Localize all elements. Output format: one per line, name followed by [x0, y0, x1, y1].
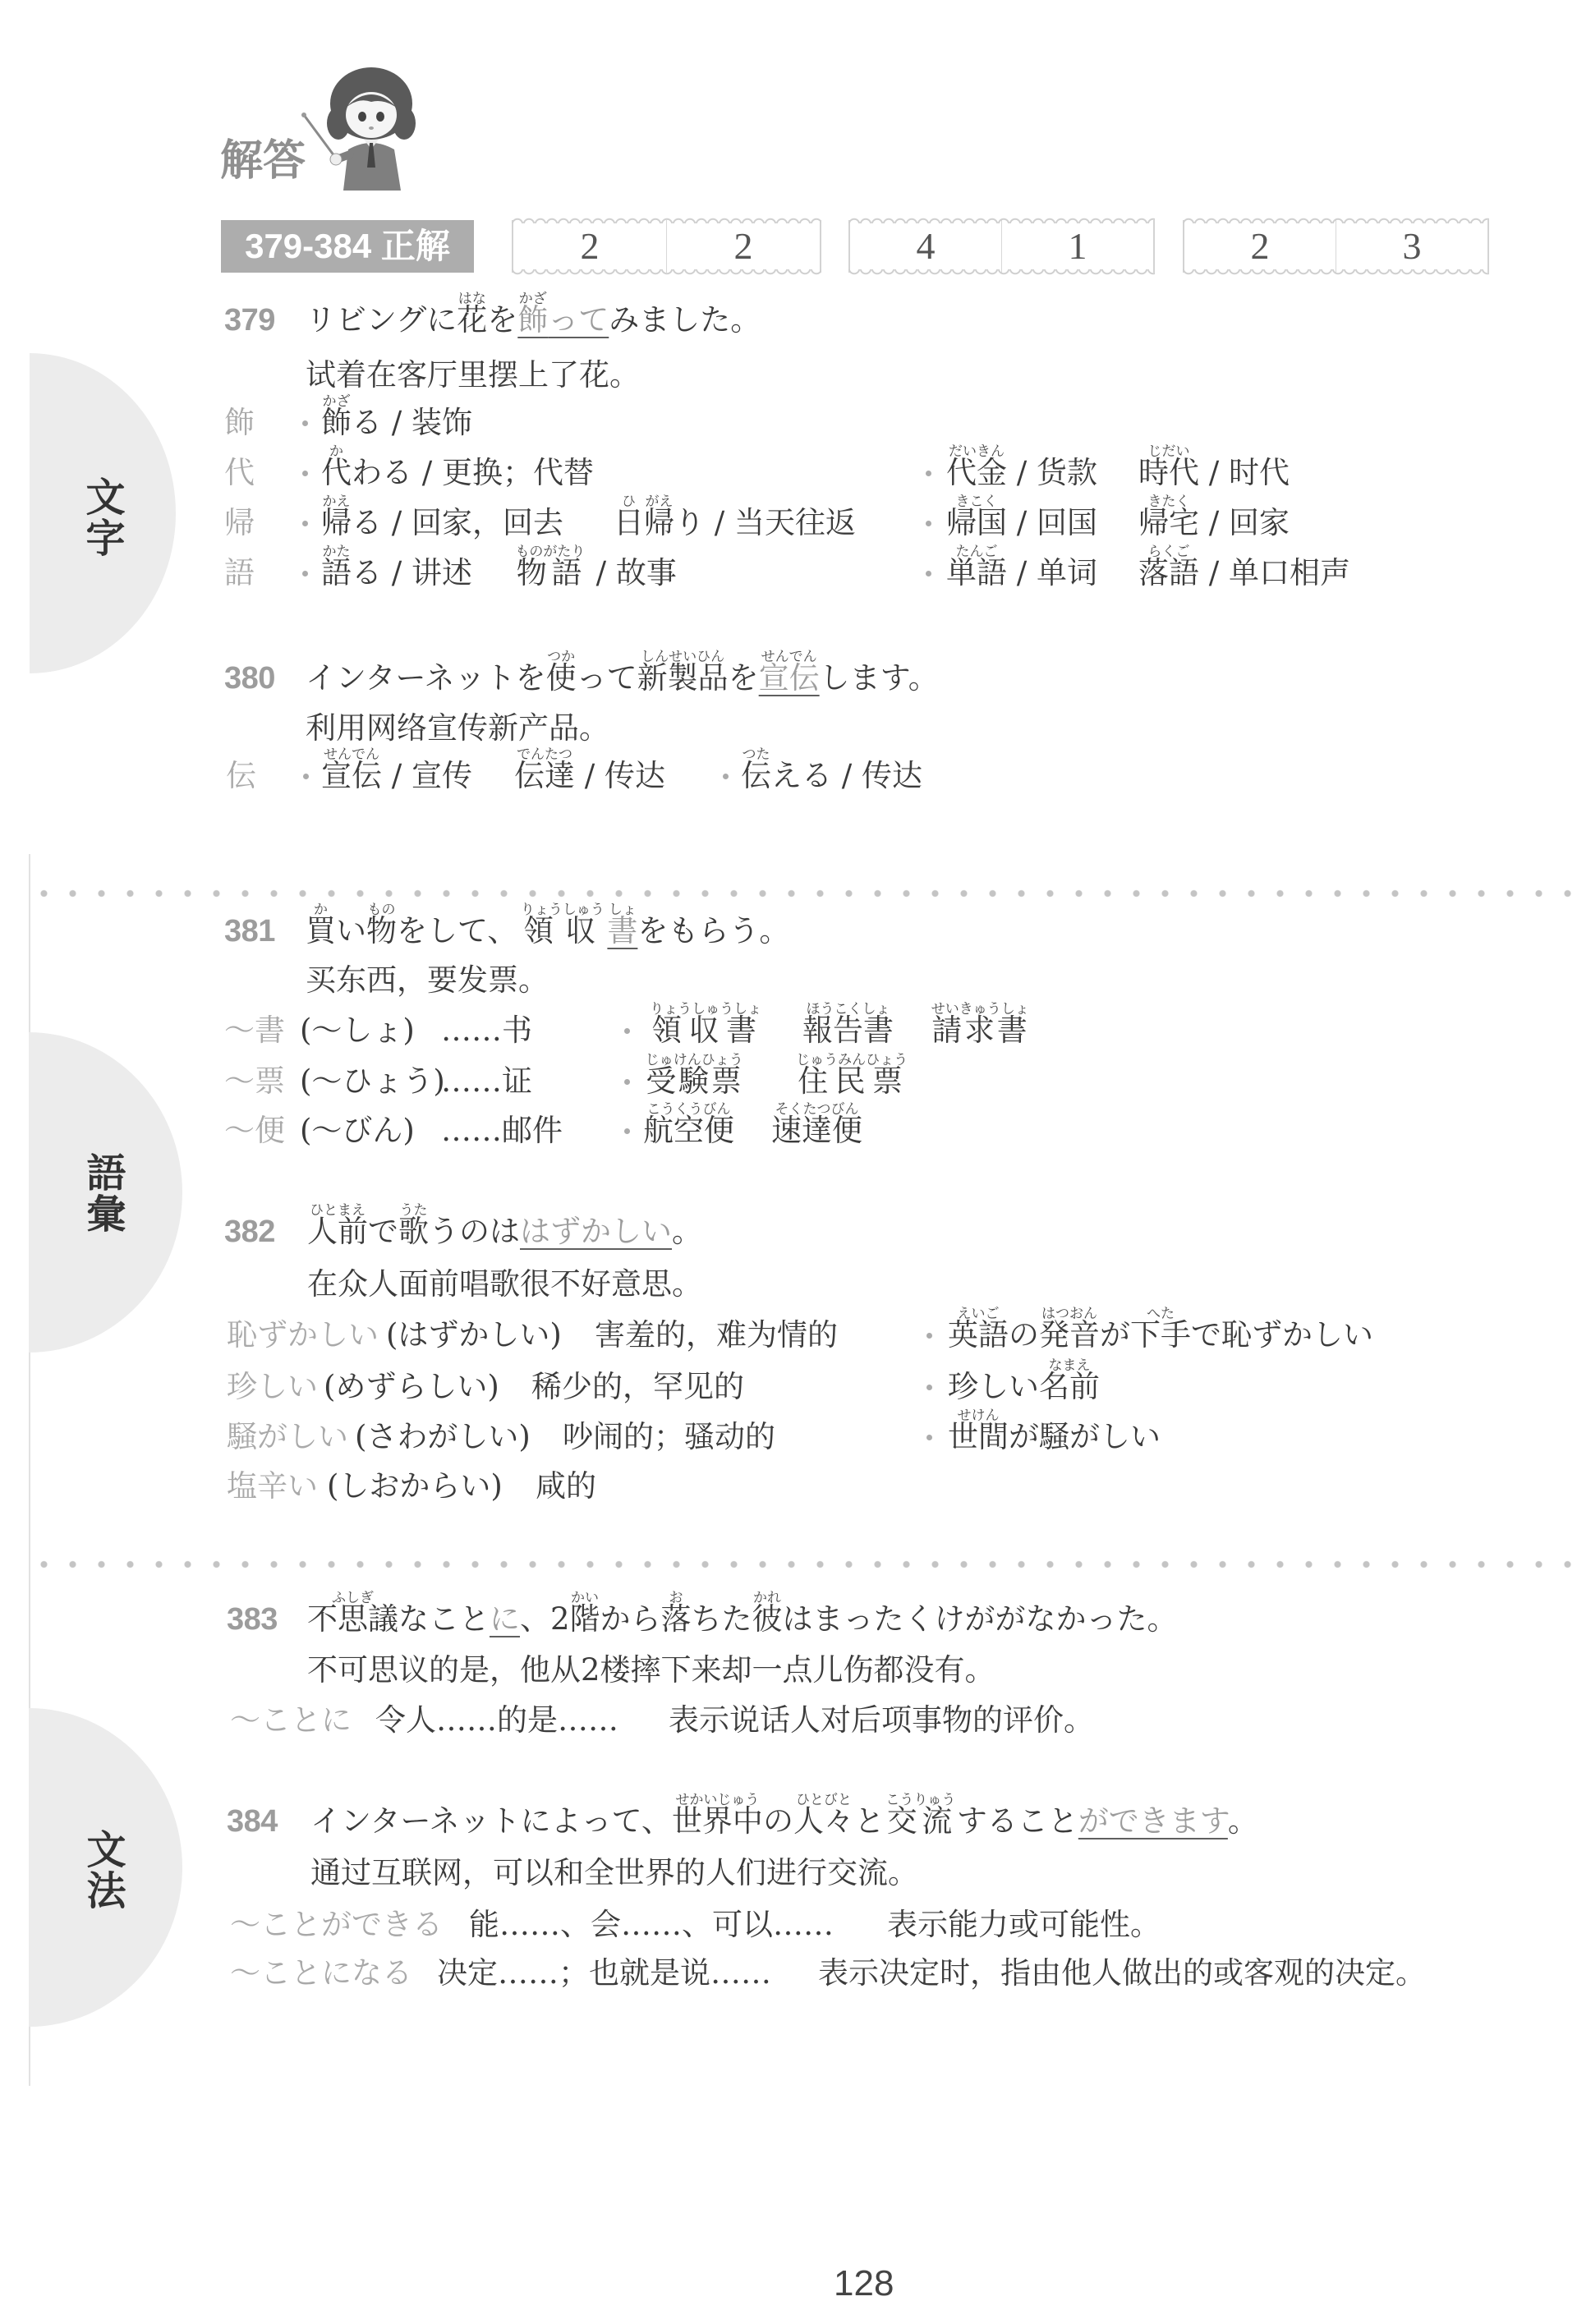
ruby-base: 請求書 [931, 1013, 1029, 1048]
ruby-base: 帰国 [946, 505, 1007, 540]
page-number: 128 [834, 2264, 894, 2303]
furigana: へた [1147, 1307, 1175, 1321]
ruby-word: ひとまえ人前 [307, 1215, 368, 1248]
suffix-pattern: ～便 [224, 1114, 285, 1147]
ruby-base: 帰宅 [1138, 505, 1199, 540]
furigana: はな [458, 292, 486, 306]
question-sentence: ひとまえ人前でうた歌うのははずかしい。 [307, 1215, 702, 1248]
suffix-pattern: ～票 [224, 1065, 285, 1098]
ruby-word: かい階 [570, 1603, 600, 1636]
vocab-entry: か代わる / 更换；代替 [321, 457, 594, 489]
example-sentence: えいご英語のはつおん発音がへた下手で恥ずかしい [948, 1319, 1373, 1352]
ruby-word: じゅけんひょう受験票 [645, 1065, 743, 1098]
ruby-base: 伝達 [514, 758, 575, 793]
ruby-base: 物 [366, 913, 397, 948]
ruby-word: たんご単語 [946, 557, 1007, 590]
vocab-entry: だいきん代金 / 货款 [946, 457, 1097, 489]
vocab-word: じゅけんひょう受験票 [645, 1065, 743, 1098]
answer-cell-382: 1 [1001, 220, 1153, 273]
kanji-label: 代 [224, 457, 255, 489]
question-number: 380 [224, 662, 275, 695]
bullet-icon [624, 1028, 630, 1034]
furigana: ほうこくしょ [807, 1002, 890, 1017]
ruby-base: 日 [614, 505, 644, 540]
dotted-separator [30, 889, 1577, 898]
text-run: る / 装饰 [352, 405, 472, 440]
text-run: 。 [672, 1214, 702, 1249]
text-run: インターネットによって、 [310, 1803, 672, 1839]
furigana: でんたつ [517, 747, 572, 762]
furigana: ふしぎ [332, 1591, 374, 1605]
text-run: と [854, 1803, 885, 1839]
question-number: 382 [224, 1215, 275, 1248]
vocab-entry: らくご落語 / 单口相声 [1138, 557, 1350, 590]
text-run: を [729, 660, 759, 696]
question-sentence: インターネットによって、せかいじゅう世界中のひとびと人々とこうりゅう交流すること… [310, 1805, 1258, 1838]
vocab-entry: でんたつ伝達 / 传达 [514, 760, 665, 792]
vocab-entry: ひ日がえ帰り / 当天往返 [614, 507, 856, 540]
answer-cell-380: 2 [666, 220, 820, 273]
ruby-word: せけん世間 [948, 1421, 1009, 1454]
suffix-reading: (～びん) [300, 1114, 415, 1147]
translation: 买东西，要发票。 [306, 964, 549, 997]
suffix-reading: (～ひょう) [300, 1065, 445, 1098]
text-run: の [763, 1803, 793, 1839]
translation: 试着在客厅里摆上了花。 [306, 359, 640, 392]
text-run: / 回国 [1007, 505, 1097, 540]
ruby-base: 住民票 [794, 1063, 909, 1099]
vocab-entry: かえ帰る / 回家，回去 [321, 507, 563, 540]
ruby-base: 単語 [946, 555, 1007, 590]
ruby-base: 飾 [321, 405, 352, 440]
vocab-word: りょうしゅうしょ領収書 [648, 1014, 763, 1047]
text-run: る / 回家，回去 [352, 505, 563, 540]
bullet-icon [302, 471, 308, 476]
furigana: はつおん [1041, 1307, 1097, 1321]
ruby-word: もの物 [366, 915, 397, 948]
side-tab-goi-label: 語彙 [82, 1152, 123, 1234]
text-run: で恥ずかしい [1191, 1317, 1373, 1353]
text-run: って [577, 660, 637, 696]
text-run: / 故事 [586, 555, 677, 590]
furigana: つか [547, 650, 575, 664]
furigana: ひ [622, 494, 636, 509]
ruby-word: か買 [306, 915, 336, 948]
question-number: 383 [227, 1603, 278, 1636]
text-run: / 时代 [1199, 455, 1290, 490]
ruby-base: 彼 [752, 1601, 783, 1637]
answer-group-3: 2 3 [1183, 220, 1489, 273]
text-run: はまったくけががなかった。 [783, 1601, 1178, 1637]
text-run: / 单口相声 [1199, 555, 1350, 590]
text-run: える / 传达 [771, 758, 922, 793]
vocab-meaning: 稀少的，罕见的 [531, 1371, 744, 1403]
ruby-word: ほうこくしょ報告書 [802, 1014, 894, 1047]
text-run: 。 [1228, 1803, 1258, 1839]
furigana: せいきゅうしょ [931, 1002, 1029, 1017]
text-run: 珍しい [948, 1369, 1039, 1404]
furigana: か [329, 444, 343, 459]
ruby-base: 伝 [741, 758, 771, 793]
vocab-entry: たんご単語 / 单词 [946, 557, 1097, 590]
grammar-meaning: 令人……的是…… [375, 1704, 618, 1737]
vocab-entry: せんでん宣伝 / 宣传 [321, 760, 472, 792]
bullet-icon [926, 1333, 932, 1339]
ruby-word: かれ彼 [752, 1603, 783, 1636]
ruby-word: ひとびと人々 [793, 1805, 854, 1838]
vocab-word: 塩辛い [227, 1470, 318, 1503]
answer-cell-384: 3 [1336, 220, 1487, 273]
vocab-entry: つた伝える / 传达 [741, 760, 922, 792]
furigana: そくたつびん [775, 1102, 859, 1117]
grammar-pattern: ～ことができる [230, 1908, 443, 1941]
ruby-base: 報告書 [802, 1013, 894, 1048]
furigana: せかいじゅう [675, 1793, 759, 1807]
ruby-base: 飾 [517, 302, 548, 338]
book-page: 文字 語彙 文法 解答 379-384 正解 2 2 4 1 2 3 379 リ… [0, 0, 1577, 2324]
side-tab-bunpo-label: 文法 [82, 1829, 123, 1911]
answer-group-1: 2 2 [512, 220, 821, 273]
furigana: せんでん [761, 650, 817, 664]
ruby-base: 宣伝 [759, 660, 820, 696]
vocab-word: 珍しい [227, 1371, 318, 1403]
answer-group-2: 4 1 [848, 220, 1155, 273]
ruby-word: じだい時代 [1138, 457, 1199, 489]
vocab-meaning: 吵闹的；骚动的 [563, 1421, 775, 1454]
text-run: / 传达 [575, 758, 665, 793]
ruby-base: 代金 [946, 455, 1007, 490]
vocab-entry: きたく帰宅 / 回家 [1138, 507, 1290, 540]
grammar-pattern: ～ことに [230, 1704, 352, 1737]
ruby-base: 帰 [321, 505, 352, 540]
furigana: か [314, 903, 328, 917]
furigana: うた [400, 1203, 428, 1218]
ruby-word: つか使 [546, 662, 577, 695]
furigana: かれ [753, 1591, 781, 1605]
question-sentence: インターネットをつか使ってしんせいひん新製品をせんでん宣伝します。 [306, 662, 939, 695]
text-run: リビングに [306, 302, 457, 338]
ruby-base: 新製品 [637, 660, 729, 696]
ruby-base: 階 [570, 1601, 600, 1637]
ruby-base: 領収 [517, 913, 607, 948]
ruby-base: 人前 [307, 1214, 368, 1249]
furigana: がえ [646, 494, 674, 509]
ruby-base: 帰 [644, 505, 674, 540]
vocab-entry: きこく帰国 / 回国 [946, 507, 1097, 540]
vocab-word: 恥ずかしい [227, 1319, 379, 1352]
kanji-label: 伝 [226, 760, 256, 792]
ruby-base: 世間 [948, 1419, 1009, 1454]
furigana: じゅうみんひょう [796, 1053, 908, 1068]
text-run: みました。 [609, 302, 761, 338]
ruby-word: かえ帰 [321, 507, 352, 540]
ruby-base: 速達便 [771, 1113, 862, 1148]
ruby-word: しょ書 [607, 915, 637, 948]
question-sentence: ふしぎ不思議なことに、2かい階からお落ちたかれ彼はまったくけががなかった。 [307, 1603, 1178, 1636]
ruby-word: せんでん宣伝 [759, 662, 820, 695]
furigana: だいきん [949, 444, 1005, 459]
ruby-base: 花 [457, 302, 487, 338]
furigana: かざ [323, 394, 351, 409]
ruby-base: 使 [546, 660, 577, 696]
ruby-word: せいきゅうしょ請求書 [931, 1014, 1029, 1047]
text-run: / 单词 [1007, 555, 1097, 590]
ruby-word: ひ日 [614, 507, 644, 540]
furigana: こうりゅう [885, 1793, 955, 1807]
vocab-meaning: 害羞的，难为情的 [595, 1319, 838, 1352]
grammar-note: 表示决定时，指由他人做出的或客观的决定。 [818, 1957, 1426, 1990]
ruby-word: じゅうみんひょう住民票 [794, 1065, 909, 1098]
ruby-word: でんたつ伝達 [514, 760, 575, 792]
bullet-icon [302, 521, 308, 526]
bullet-icon [624, 1079, 630, 1085]
furigana: ひとびと [796, 1793, 852, 1807]
ruby-word: つた伝 [741, 760, 771, 792]
ruby-word: ふしぎ不思議 [307, 1603, 398, 1636]
furigana: なまえ [1049, 1358, 1091, 1373]
furigana: じゅけんひょう [646, 1053, 743, 1068]
ruby-base: 歌 [398, 1214, 429, 1249]
text-run: インターネットを [306, 660, 546, 696]
furigana: ひとまえ [310, 1203, 366, 1218]
answer-cell-379: 2 [513, 220, 666, 273]
ruby-word: こうりゅう交流 [885, 1805, 957, 1838]
grammar-pattern: ～ことになる [230, 1957, 412, 1990]
furigana: こうくうびん [647, 1102, 731, 1117]
bullet-icon [723, 774, 729, 779]
side-tab-moji-label: 文字 [81, 476, 122, 558]
vocab-meaning: 咸的 [536, 1470, 596, 1503]
bullet-icon [303, 774, 309, 779]
furigana: たんご [956, 544, 998, 559]
furigana: きたく [1148, 494, 1190, 509]
bullet-icon [624, 1128, 630, 1134]
furigana: きこく [956, 494, 998, 509]
ruby-word: かた語 [321, 557, 352, 590]
answer-target: はずかしい [520, 1214, 672, 1249]
answer-cell-381: 4 [850, 220, 1001, 273]
ruby-base: 書 [607, 913, 637, 948]
answer-target: って [548, 302, 609, 338]
vocab-entry: かた語る / 讲述 [321, 557, 472, 590]
question-sentence: か買いもの物をして、りょうしゅう領収しょ書をもらう。 [306, 915, 789, 948]
text-run: を [487, 302, 517, 338]
grammar-note: 表示说话人对后项事物的评价。 [669, 1704, 1094, 1737]
ruby-word: せんでん宣伝 [321, 760, 382, 792]
furigana: かい [571, 1591, 599, 1605]
text-run: なこと [398, 1601, 490, 1637]
ruby-word: かざ飾 [517, 304, 548, 337]
bullet-icon [926, 521, 931, 526]
vocab-entry: ものがたり物語 / 故事 [514, 557, 677, 590]
furigana: かえ [323, 494, 351, 509]
ruby-word: せかいじゅう世界中 [672, 1805, 763, 1838]
ruby-word: こうくうびん航空便 [643, 1114, 734, 1147]
ruby-base: 航空便 [643, 1113, 734, 1148]
vocab-reading: (さわがしい) [355, 1421, 531, 1454]
vocab-entry: じだい時代 / 时代 [1138, 457, 1290, 489]
ruby-word: きこく帰国 [946, 507, 1007, 540]
question-sentence: リビングにはな花をかざ飾ってみました。 [306, 304, 761, 337]
furigana: つた [743, 747, 770, 762]
ruby-base: 時代 [1138, 455, 1199, 490]
answer-range-label: 379-384 正解 [221, 220, 474, 273]
ruby-word: うた歌 [398, 1215, 429, 1248]
ruby-base: 物語 [514, 555, 586, 590]
ruby-base: 落語 [1138, 555, 1199, 590]
ruby-word: ものがたり物語 [514, 557, 586, 590]
text-run: うのは [429, 1214, 520, 1249]
text-run: る / 讲述 [352, 555, 472, 590]
furigana: じだい [1148, 444, 1190, 459]
furigana: しんせいひん [641, 650, 724, 664]
answer-cell-383: 2 [1184, 220, 1336, 273]
ruby-word: しんせいひん新製品 [637, 662, 729, 695]
furigana: しょ [609, 903, 637, 917]
example-sentence: 珍しいなまえ名前 [948, 1371, 1100, 1403]
text-run: / 宣传 [382, 758, 472, 793]
suffix-reading: (～しょ) [300, 1014, 415, 1047]
ruby-word: えいご英語 [948, 1319, 1009, 1352]
grammar-meaning: 能……、会……、可以…… [469, 1908, 834, 1941]
furigana: りょうしゅうしょ [650, 1002, 761, 1017]
text-run: から [600, 1601, 661, 1637]
vocab-entry: かざ飾る / 装饰 [321, 406, 472, 439]
ruby-base: 英語 [948, 1317, 1009, 1353]
text-run: 、2 [520, 1601, 570, 1637]
suffix-pattern: ～書 [224, 1014, 285, 1047]
ruby-base: 領収書 [648, 1013, 763, 1048]
vocab-word: じゅうみんひょう住民票 [794, 1065, 909, 1098]
text-run: が [1100, 1317, 1130, 1353]
text-run: / 回家 [1199, 505, 1290, 540]
ruby-base: 買 [306, 913, 336, 948]
girl-teacher-with-pointer-icon [297, 66, 421, 197]
kanji-label: 飾 [224, 406, 255, 439]
vocab-word: こうくうびん航空便 [643, 1114, 734, 1147]
text-run: します。 [820, 660, 939, 696]
vocab-reading: (はずかしい) [386, 1319, 562, 1352]
section-title: 解答 [220, 136, 306, 186]
vocab-reading: (しおからい) [327, 1470, 503, 1503]
ruby-base: 名前 [1039, 1369, 1100, 1404]
question-number: 381 [224, 915, 275, 948]
translation: 通过互联网，可以和全世界的人们进行交流。 [310, 1857, 918, 1890]
ruby-base: 下手 [1130, 1317, 1191, 1353]
furigana: お [669, 1591, 683, 1605]
ruby-word: りょうしゅうしょ領収書 [648, 1014, 763, 1047]
ruby-word: なまえ名前 [1039, 1371, 1100, 1403]
text-run: をもらう。 [637, 913, 789, 948]
ruby-word: はな花 [457, 304, 487, 337]
question-number: 379 [224, 304, 275, 337]
furigana: せけん [958, 1408, 1000, 1423]
text-run: で [368, 1214, 398, 1249]
ruby-word: か代 [321, 457, 352, 489]
ruby-base: 代 [321, 455, 352, 490]
ruby-base: 発音 [1039, 1317, 1100, 1353]
ruby-base: 不思議 [307, 1601, 398, 1637]
vocab-word: ほうこくしょ報告書 [802, 1014, 894, 1047]
furigana: かざ [519, 292, 547, 306]
suffix-meaning: ……邮件 [441, 1114, 563, 1147]
ruby-base: 宣伝 [321, 758, 382, 793]
furigana: もの [368, 903, 396, 917]
ruby-word: そくたつびん速達便 [771, 1114, 862, 1147]
vocab-word: そくたつびん速達便 [771, 1114, 862, 1147]
text-run: が騒がしい [1009, 1419, 1161, 1454]
bullet-icon [926, 1385, 932, 1390]
grammar-meaning: 决定……；也就是说…… [437, 1957, 771, 1990]
kanji-label: 帰 [224, 507, 255, 540]
ruby-word: はつおん発音 [1039, 1319, 1100, 1352]
ruby-word: りょうしゅう領収 [517, 915, 607, 948]
ruby-base: 交流 [885, 1803, 957, 1839]
ruby-word: お落 [661, 1603, 692, 1636]
bullet-icon [302, 571, 308, 576]
vocab-word: 騒がしい [227, 1421, 348, 1454]
furigana: えいご [958, 1307, 1000, 1321]
ruby-word: きたく帰宅 [1138, 507, 1199, 540]
bullet-icon [926, 471, 931, 476]
question-number: 384 [227, 1805, 278, 1838]
text-run: ちた [692, 1601, 752, 1637]
bullet-icon [926, 571, 931, 576]
vocab-reading: (めずらしい) [324, 1371, 499, 1403]
ruby-base: 落 [661, 1601, 692, 1637]
text-run: すること [957, 1803, 1078, 1839]
answer-target: に [490, 1601, 520, 1637]
ruby-base: 世界中 [672, 1803, 763, 1839]
bullet-icon [302, 420, 308, 426]
translation: 在众人面前唱歌很不好意思。 [307, 1268, 702, 1301]
ruby-word: だいきん代金 [946, 457, 1007, 489]
translation: 不可思议的是，他从2楼摔下来却一点儿伤都没有。 [307, 1654, 995, 1687]
example-sentence: せけん世間が騒がしい [948, 1421, 1161, 1454]
answer-target: ができます [1078, 1803, 1228, 1839]
text-run: い [336, 913, 366, 948]
vocab-word: せいきゅうしょ請求書 [931, 1014, 1029, 1047]
kanji-label: 語 [224, 557, 255, 590]
grammar-note: 表示能力或可能性。 [887, 1908, 1161, 1941]
ruby-base: 受験票 [645, 1063, 743, 1099]
bullet-icon [926, 1435, 932, 1440]
ruby-word: らくご落語 [1138, 557, 1199, 590]
text-run: の [1009, 1317, 1039, 1353]
text-run: わる / 更换；代替 [352, 455, 594, 490]
furigana: りょうしゅう [521, 903, 605, 917]
suffix-meaning: ……证 [441, 1065, 532, 1098]
text-run: り / 当天往返 [674, 505, 856, 540]
ruby-base: 人々 [793, 1803, 854, 1839]
text-run: / 货款 [1007, 455, 1097, 490]
ruby-word: へた下手 [1130, 1319, 1191, 1352]
ruby-word: かざ飾 [321, 406, 352, 439]
furigana: ものがたり [515, 544, 585, 559]
furigana: せんでん [324, 747, 379, 762]
text-run: をして、 [397, 913, 517, 948]
ruby-word: がえ帰 [644, 507, 674, 540]
suffix-meaning: ……书 [441, 1014, 532, 1047]
dotted-separator [30, 1560, 1577, 1568]
ruby-base: 語 [321, 555, 352, 590]
furigana: かた [323, 544, 351, 559]
translation: 利用网络宣传新产品。 [306, 712, 609, 745]
furigana: らくご [1148, 544, 1190, 559]
